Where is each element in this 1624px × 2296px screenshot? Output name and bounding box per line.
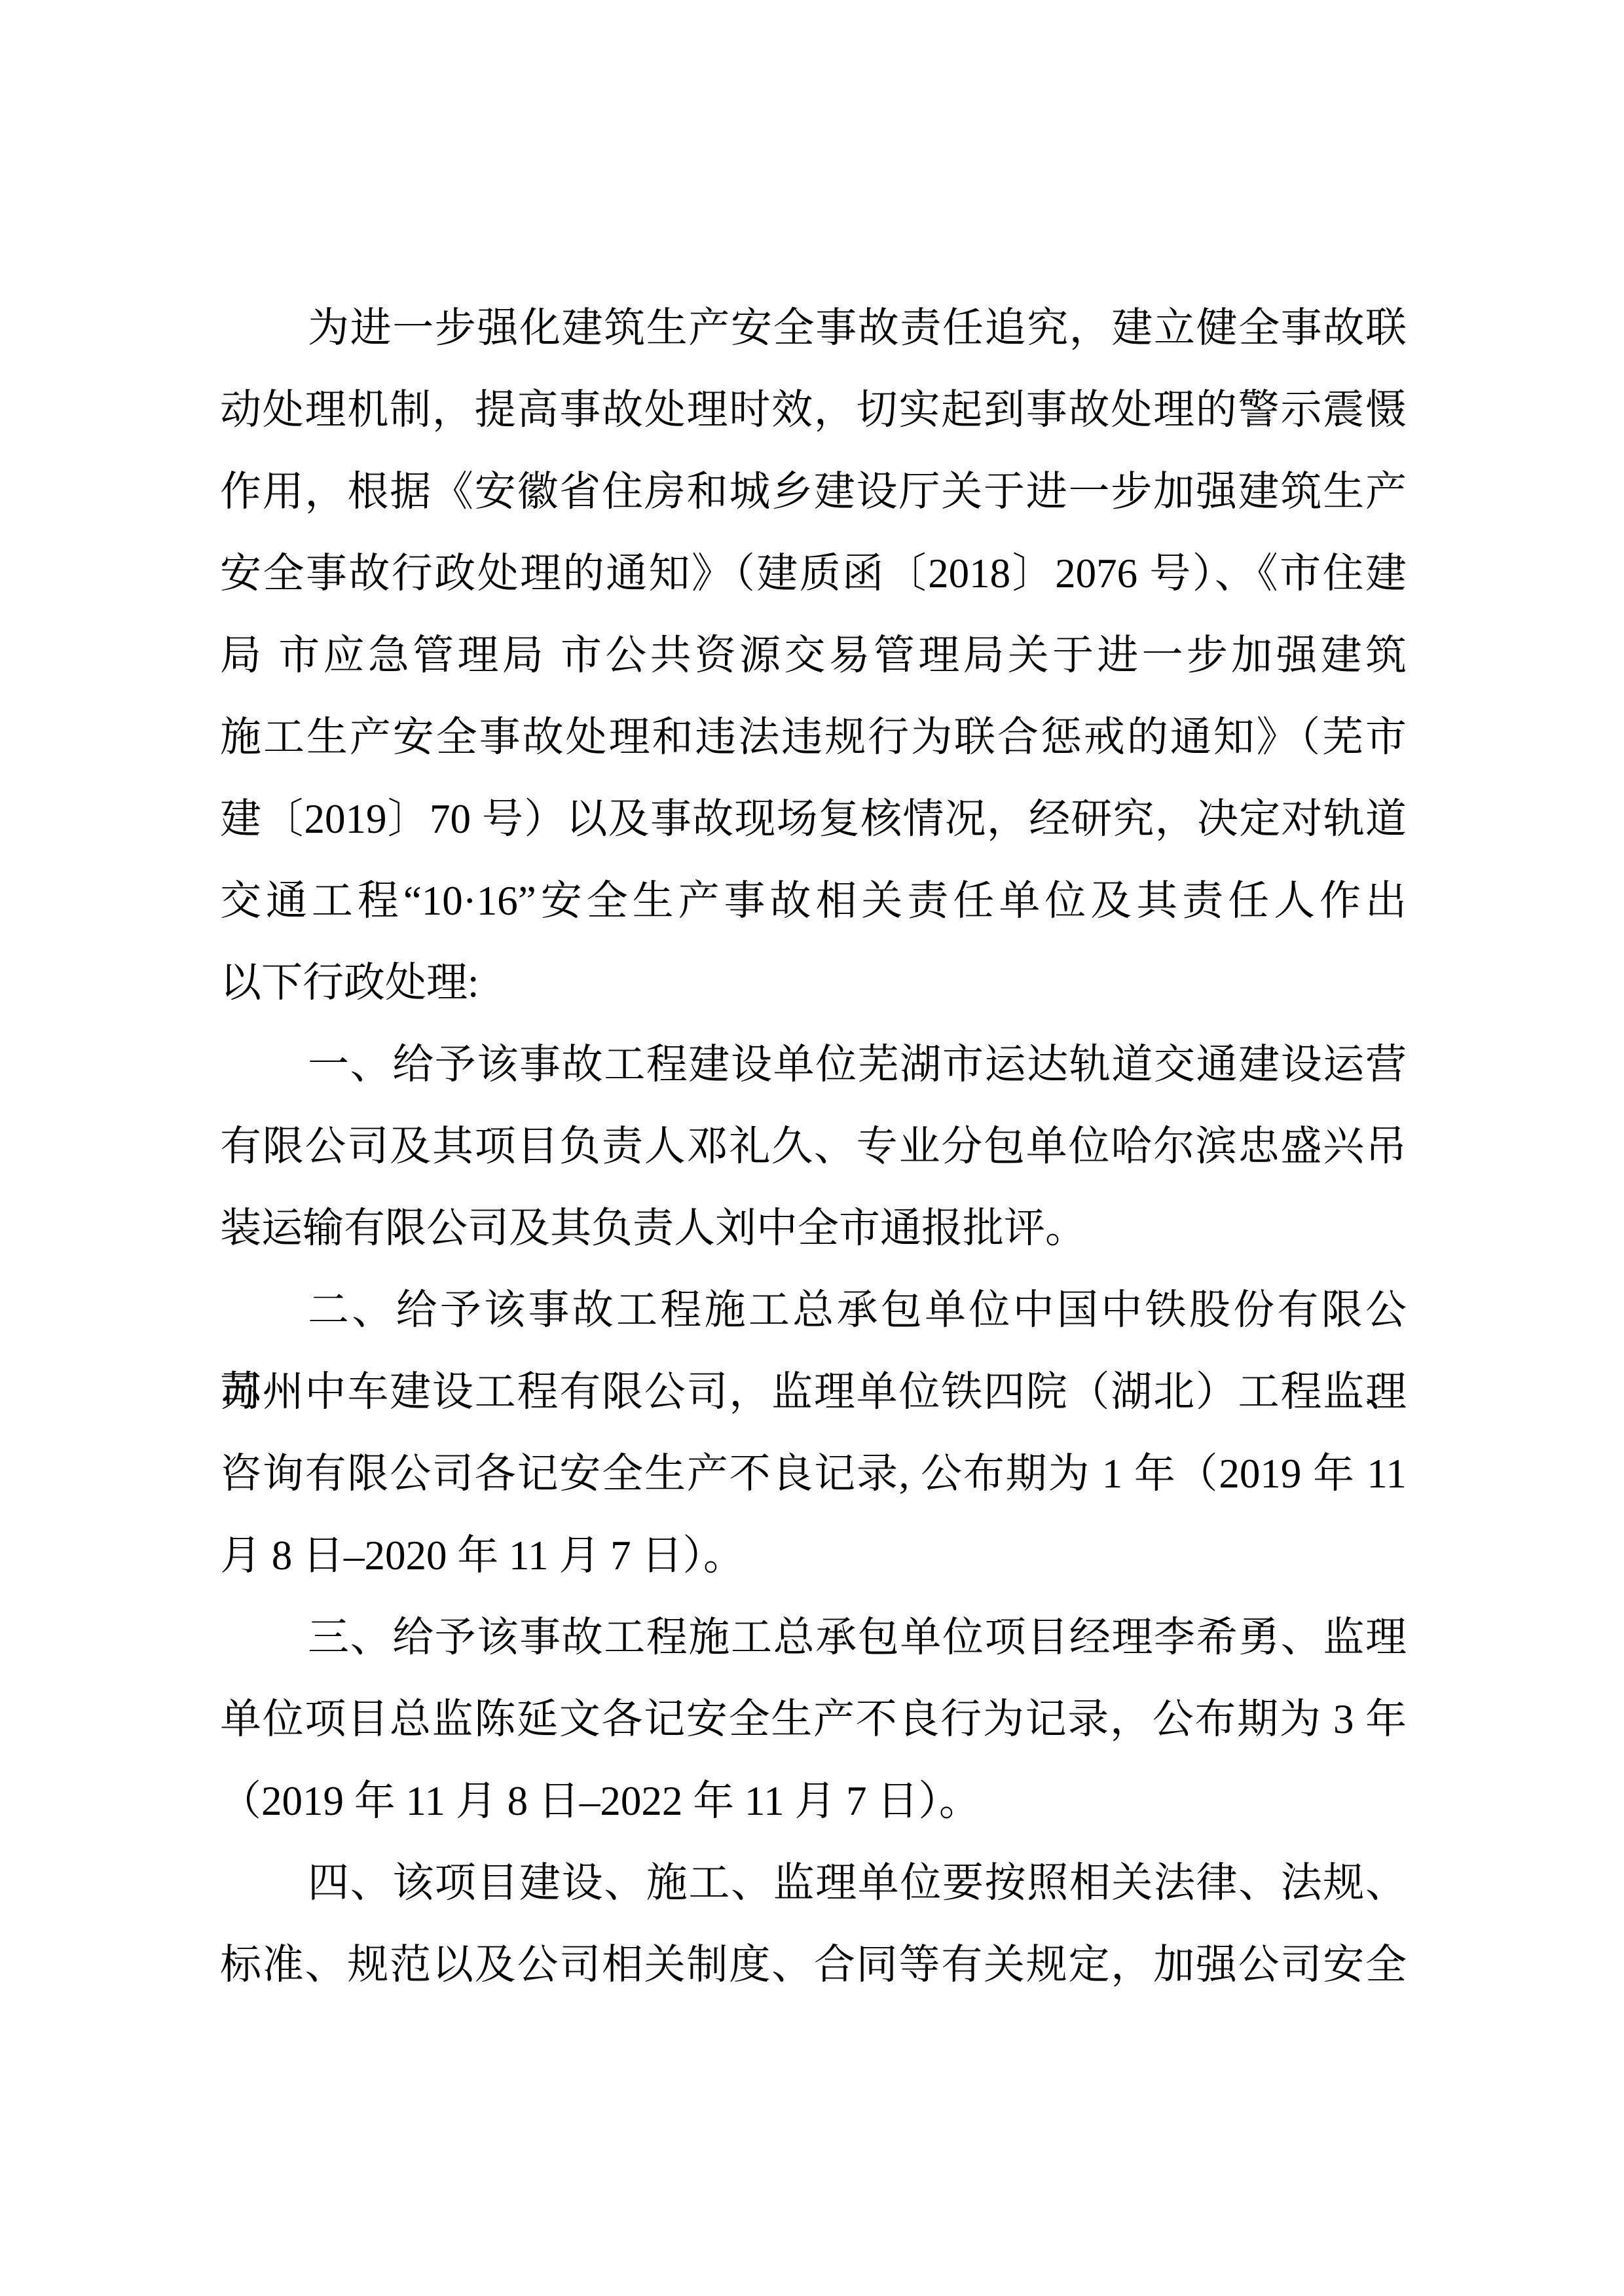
- text-line: 三、给予该事故工程施工总承包单位项目经理李希勇、监理: [220, 1597, 1407, 1679]
- document-page: 为进一步强化建筑生产安全事故责任追究，建立健全事故联动处理机制，提高事故处理时效…: [0, 0, 1624, 2296]
- text-line: （2019 年 11 月 8 日–2022 年 11 月 7 日）。: [220, 1760, 1407, 1842]
- text-line: 施工生产安全事故处理和违法违规行为联合惩戒的通知》（芜市: [220, 697, 1407, 778]
- text-line: 动处理机制，提高事故处理时效，切实起到事故处理的警示震慑: [220, 369, 1407, 451]
- text-line: 标准、规范以及公司相关制度、合同等有关规定，加强公司安全: [220, 1924, 1407, 2006]
- text-line: 单位项目总监陈延文各记安全生产不良行为记录，公布期为 3 年: [220, 1679, 1407, 1760]
- text-line: 苏州中车建设工程有限公司，监理单位铁四院（湖北）工程监理: [220, 1351, 1407, 1433]
- text-line: 以下行政处理:: [220, 942, 1407, 1024]
- text-line: 咨询有限公司各记安全生产不良记录, 公布期为 1 年（2019 年 11: [220, 1433, 1407, 1515]
- text-line: 装运输有限公司及其负责人刘中全市通报批评。: [220, 1188, 1407, 1269]
- text-line: 安全事故行政处理的通知》（建质函〔2018〕2076 号）、《市住建: [220, 533, 1407, 615]
- text-line: 交通工程“10·16”安全生产事故相关责任单位及其责任人作出: [220, 860, 1407, 942]
- text-line: 四、该项目建设、施工、监理单位要按照相关法律、法规、: [220, 1842, 1407, 1924]
- text-line: 月 8 日–2020 年 11 月 7 日）。: [220, 1515, 1407, 1597]
- text-line: 为进一步强化建筑生产安全事故责任追究，建立健全事故联: [220, 287, 1407, 369]
- text-line: 建〔2019〕70 号）以及事故现场复核情况，经研究，决定对轨道: [220, 778, 1407, 860]
- text-line: 一、给予该事故工程建设单位芜湖市运达轨道交通建设运营: [220, 1024, 1407, 1106]
- text-line: 作用，根据《安徽省住房和城乡建设厅关于进一步加强建筑生产: [220, 451, 1407, 533]
- text-block: 为进一步强化建筑生产安全事故责任追究，建立健全事故联动处理机制，提高事故处理时效…: [220, 287, 1407, 2006]
- text-line: 局 市应急管理局 市公共资源交易管理局关于进一步加强建筑: [220, 615, 1407, 697]
- text-line: 有限公司及其项目负责人邓礼久、专业分包单位哈尔滨忠盛兴吊: [220, 1106, 1407, 1188]
- text-line: 二、给予该事故工程施工总承包单位中国中铁股份有限公司、: [220, 1269, 1407, 1351]
